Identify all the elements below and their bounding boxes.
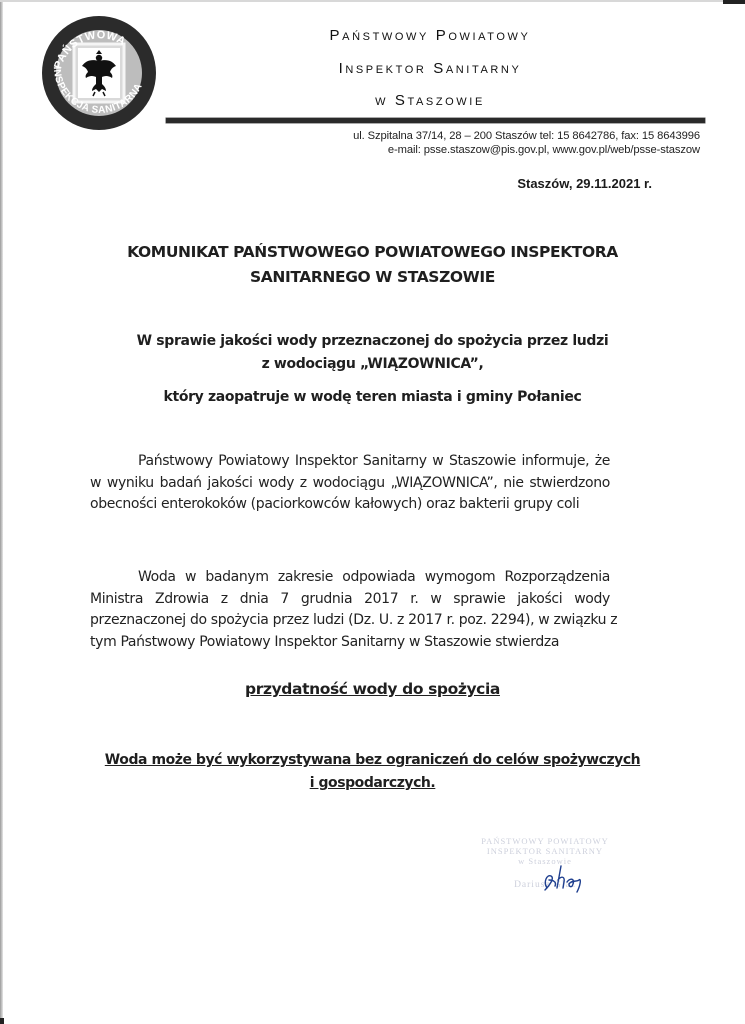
paragraph-line: w wyniku badań jakości wody z wodociągu …: [90, 473, 610, 495]
scan-edge-top: [0, 0, 745, 2]
subject-line-3: który zaopatruje w wodę teren miasta i g…: [60, 389, 685, 405]
email-web-line: e-mail: psse.staszow@pis.gov.pl, www.gov…: [388, 144, 700, 156]
paragraph-findings: Państwowy Powiatowy Inspektor Sanitarny …: [90, 451, 610, 516]
verdict: przydatność wody do spożycia: [60, 680, 685, 698]
subject-line-2: z wodociągu „WIĄZOWNICA”,: [60, 356, 685, 372]
address-line: ul. Szpitalna 37/14, 28 – 200 Staszów te…: [353, 130, 700, 142]
letterhead-divider: [166, 118, 705, 123]
letterhead-title-line-1: Państwowy Powiatowy: [240, 27, 620, 44]
letterhead-title-line-2: Inspektor Sanitarny: [240, 60, 620, 77]
paragraph-line: obecności enterokoków (paciorkowców kało…: [90, 494, 610, 516]
paragraph-line: tym Państwowy Powiatowy Inspektor Sanita…: [90, 632, 610, 654]
document-heading-line-2: SANITARNEGO W STASZOWIE: [60, 268, 685, 286]
sanitary-inspection-logo: PAŃSTWOWA INSPEKCJA SANITARNA: [40, 14, 158, 132]
stamp-line-2: INSPEKTOR SANITARNY: [455, 846, 635, 856]
stamp-line-1: PAŃSTWOWY POWIATOWY: [455, 836, 635, 846]
conclusion-line-1: Woda może być wykorzystywana bez ogranic…: [60, 752, 685, 768]
handwritten-signature: [537, 862, 597, 894]
scan-artifact: [0, 1018, 4, 1024]
paragraph-line: Państwowy Powiatowy Inspektor Sanitarny …: [90, 451, 610, 473]
paragraph-line: Woda w badanym zakresie odpowiada wymogo…: [90, 567, 610, 589]
paragraph-regulation: Woda w badanym zakresie odpowiada wymogo…: [90, 567, 610, 653]
scan-edge-left: [0, 0, 3, 1024]
document-date: Staszów, 29.11.2021 r.: [517, 176, 652, 191]
subject-line-1: W sprawie jakości wody przeznaczonej do …: [60, 333, 685, 349]
paragraph-line: Ministra Zdrowia z dnia 7 grudnia 2017 r…: [90, 589, 610, 611]
paragraph-line: przeznaczonej do spożycia przez ludzi (D…: [90, 610, 610, 632]
letterhead-title-line-3: w Staszowie: [240, 92, 620, 109]
document-heading-line-1: KOMUNIKAT PAŃSTWOWEGO POWIATOWEGO INSPEK…: [60, 243, 685, 261]
scan-artifact: [723, 0, 745, 4]
conclusion-line-2: i gospodarczych.: [60, 775, 685, 791]
